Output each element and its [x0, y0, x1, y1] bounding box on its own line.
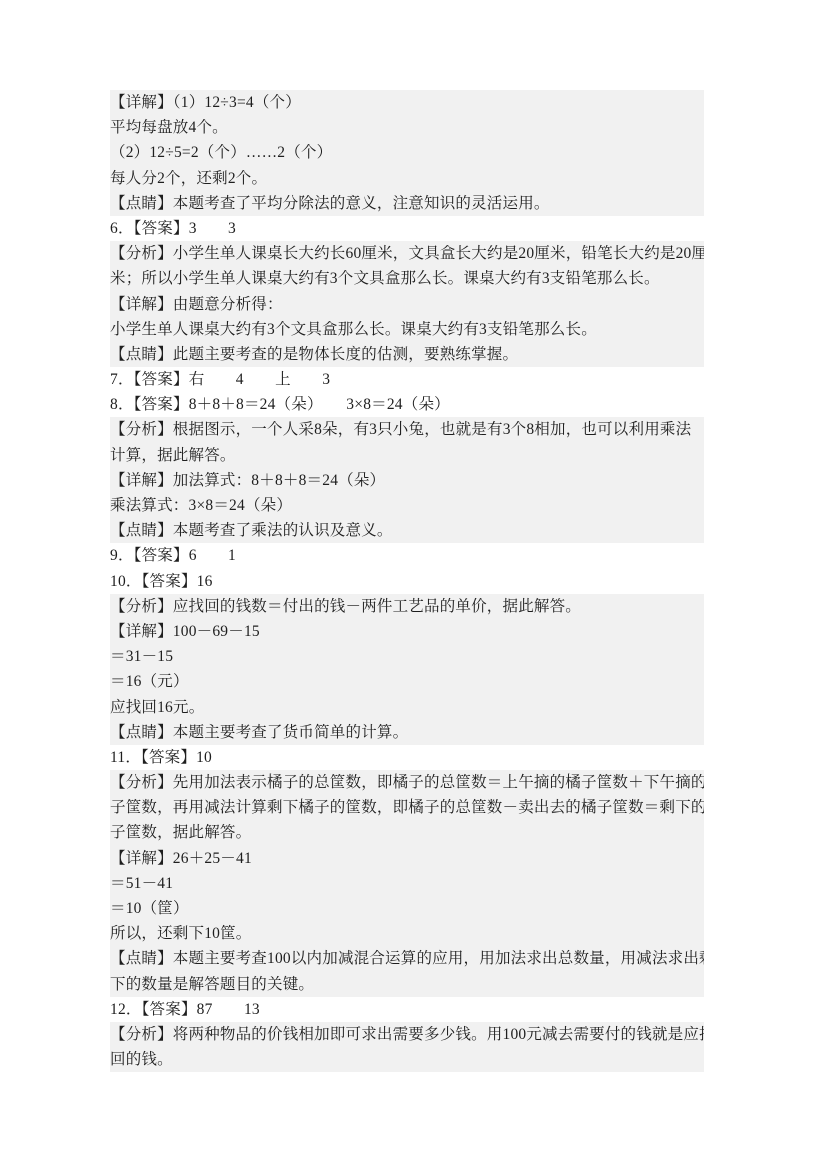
explanation-line: 子筐数，据此解答。 — [110, 820, 704, 845]
explanation-line: 每人分2个，还剩2个。 — [110, 166, 704, 191]
answer-line: 7．【答案】右 4 上 3 — [110, 367, 704, 392]
explanation-line: 【分析】将两种物品的价钱相加即可求出需要多少钱。用100元减去需要付的钱就是应找 — [110, 1022, 704, 1047]
explanation-line: 【分析】先用加法表示橘子的总筐数，即橘子的总筐数＝上午摘的橘子筐数＋下午摘的橘 — [110, 770, 704, 795]
explanation-block: 【分析】根据图示，一个人采8朵，有3只小兔，也就是有3个8相加，也可以利用乘法计… — [110, 417, 704, 543]
answer-line: 8．【答案】8＋8＋8＝24（朵） 3×8＝24（朵） — [110, 392, 704, 417]
answer-line: 10．【答案】16 — [110, 569, 704, 594]
explanation-line: 【点睛】本题考查了乘法的认识及意义。 — [110, 518, 704, 543]
explanation-block: 【分析】先用加法表示橘子的总筐数，即橘子的总筐数＝上午摘的橘子筐数＋下午摘的橘子… — [110, 770, 704, 997]
explanation-line: 【点睛】本题主要考查100以内加减混合运算的应用，用加法求出总数量，用减法求出剩 — [110, 946, 704, 971]
explanation-line: 【分析】根据图示，一个人采8朵，有3只小兔，也就是有3个8相加，也可以利用乘法 — [110, 417, 704, 442]
answer-line: 11．【答案】10 — [110, 745, 704, 770]
explanation-line: 回的钱。 — [110, 1047, 704, 1072]
answer-block: 12．【答案】87 13 — [110, 997, 704, 1022]
answer-block: 9．【答案】6 110．【答案】16 — [110, 543, 704, 593]
document-page: 【详解】（1）12÷3=4（个）平均每盘放4个。（2）12÷5=2（个）……2（… — [0, 0, 826, 1169]
explanation-line: 【详解】由题意分析得： — [110, 292, 704, 317]
explanation-line: 【点睛】此题主要考查的是物体长度的估测，要熟练掌握。 — [110, 342, 704, 367]
explanation-line: 小学生单人课桌大约有3个文具盒那么长。课桌大约有3支铅笔那么长。 — [110, 317, 704, 342]
explanation-line: 计算，据此解答。 — [110, 443, 704, 468]
explanation-line: 【分析】小学生单人课桌长大约长60厘米，文具盒长大约是20厘米，铅笔长大约是20… — [110, 241, 704, 266]
explanation-line: 下的数量是解答题目的关键。 — [110, 972, 704, 997]
explanation-line: 【详解】100－69－15 — [110, 619, 704, 644]
explanation-line: 【详解】（1）12÷3=4（个） — [110, 90, 704, 115]
explanation-line: 【分析】应找回的钱数＝付出的钱－两件工艺品的单价，据此解答。 — [110, 594, 704, 619]
explanation-line: ＝51－41 — [110, 871, 704, 896]
explanation-line: 米；所以小学生单人课桌大约有3个文具盒那么长。课桌大约有3支铅笔那么长。 — [110, 266, 704, 291]
answer-line: 12．【答案】87 13 — [110, 997, 704, 1022]
explanation-line: 【点睛】本题主要考查了货币简单的计算。 — [110, 720, 704, 745]
document-content: 【详解】（1）12÷3=4（个）平均每盘放4个。（2）12÷5=2（个）……2（… — [110, 90, 704, 1072]
explanation-line: 平均每盘放4个。 — [110, 115, 704, 140]
answer-line: 9．【答案】6 1 — [110, 543, 704, 568]
explanation-line: 子筐数，再用减法计算剩下橘子的筐数，即橘子的总筐数－卖出去的橘子筐数＝剩下的橘 — [110, 795, 704, 820]
explanation-block: 【详解】（1）12÷3=4（个）平均每盘放4个。（2）12÷5=2（个）……2（… — [110, 90, 704, 216]
explanation-line: ＝31－15 — [110, 644, 704, 669]
explanation-block: 【分析】将两种物品的价钱相加即可求出需要多少钱。用100元减去需要付的钱就是应找… — [110, 1022, 704, 1072]
explanation-line: 【详解】加法算式：8＋8＋8＝24（朵） — [110, 468, 704, 493]
explanation-block: 【分析】应找回的钱数＝付出的钱－两件工艺品的单价，据此解答。【详解】100－69… — [110, 594, 704, 745]
explanation-block: 【分析】小学生单人课桌长大约长60厘米，文具盒长大约是20厘米，铅笔长大约是20… — [110, 241, 704, 367]
explanation-line: 应找回16元。 — [110, 695, 704, 720]
answer-block: 11．【答案】10 — [110, 745, 704, 770]
answer-block: 6．【答案】3 3 — [110, 216, 704, 241]
explanation-line: 【点睛】本题考查了平均分除法的意义，注意知识的灵活运用。 — [110, 191, 704, 216]
explanation-line: ＝10（筐） — [110, 896, 704, 921]
explanation-line: 乘法算式：3×8＝24（朵） — [110, 493, 704, 518]
explanation-line: 所以，还剩下10筐。 — [110, 921, 704, 946]
explanation-line: ＝16（元） — [110, 669, 704, 694]
answer-line: 6．【答案】3 3 — [110, 216, 704, 241]
explanation-line: （2）12÷5=2（个）……2（个） — [110, 140, 704, 165]
answer-block: 7．【答案】右 4 上 38．【答案】8＋8＋8＝24（朵） 3×8＝24（朵） — [110, 367, 704, 417]
explanation-line: 【详解】26＋25－41 — [110, 846, 704, 871]
